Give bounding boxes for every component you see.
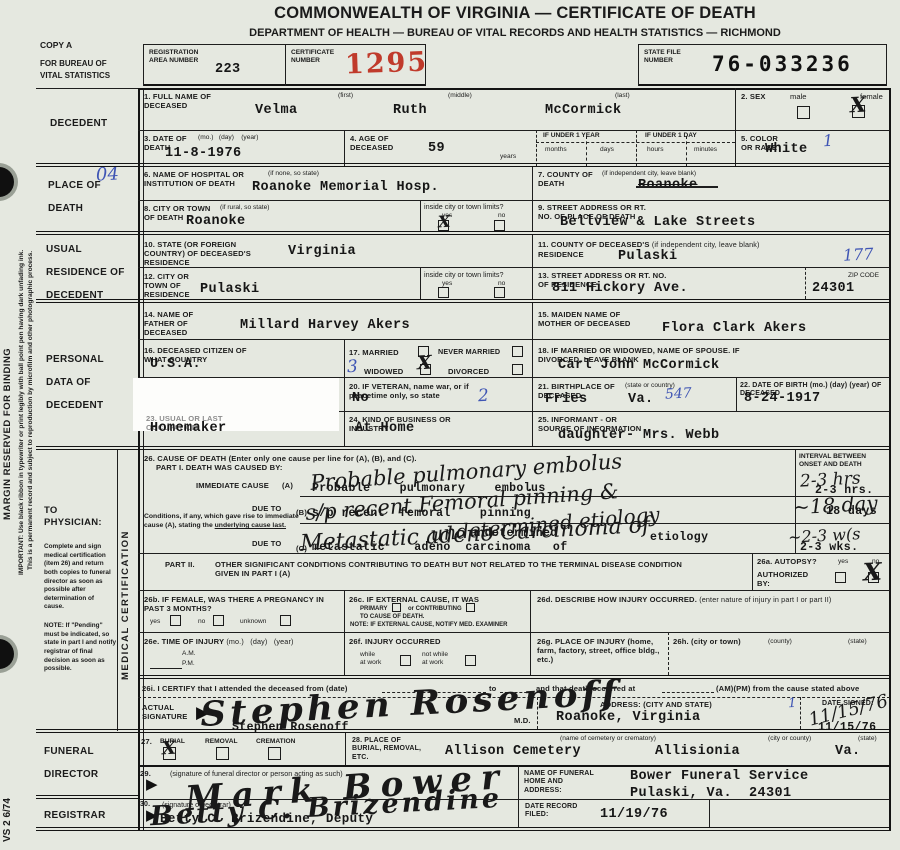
margin-binding-text: MARGIN RESERVED FOR BINDING bbox=[2, 190, 13, 520]
limits-no-label-death: no bbox=[498, 212, 505, 220]
cremation-label: CREMATION bbox=[256, 738, 295, 746]
mother-name-label: 15. MAIDEN NAME OF MOTHER OF DECEASED bbox=[538, 310, 633, 328]
birthplace-state-value: Va. bbox=[628, 392, 654, 407]
date-filed-label: DATE RECORDFILED: bbox=[525, 803, 577, 820]
informant-value: daughter- Mrs. Webb bbox=[558, 428, 720, 443]
minutes-label: minutes bbox=[694, 146, 717, 154]
widowed-label: WIDOWED bbox=[364, 367, 403, 376]
pregnancy-label: 26b. IF FEMALE, WAS THERE A PREGNANCY IN… bbox=[144, 595, 329, 613]
md-label: M.D. bbox=[514, 716, 531, 725]
city-of-death-value: Roanoke bbox=[186, 214, 246, 229]
cremation-checkbox[interactable] bbox=[268, 747, 281, 760]
death-certificate-page: MARGIN RESERVED FOR BINDING IMPORTANT: U… bbox=[0, 0, 900, 850]
date-signed-blue-tick: 1 bbox=[788, 696, 797, 711]
immediate-cause-label: IMMEDIATE CAUSE bbox=[196, 481, 269, 490]
age-label: 4. AGE OF DECEASED bbox=[350, 134, 405, 152]
part2-label: PART II. bbox=[165, 560, 195, 569]
pregnancy-yes-checkbox[interactable] bbox=[170, 615, 181, 626]
removal-label: REMOVAL bbox=[205, 738, 237, 746]
zip-code-value: 24301 bbox=[812, 281, 855, 296]
cemetery-name-value: Allison Cemetery bbox=[445, 744, 581, 759]
funeral-home-label: NAME OF FUNERAL HOME AND ADDRESS: bbox=[524, 770, 602, 795]
physician-address-value: Roanoke, Virginia bbox=[556, 710, 701, 725]
external-primary-checkbox[interactable] bbox=[392, 603, 401, 612]
copy-label: COPY A bbox=[40, 40, 72, 50]
date-of-death-sublabels: (mo.) (day) (year) bbox=[198, 134, 258, 142]
sidebar-medical-certification: MEDICAL CERTIFICATION bbox=[120, 465, 131, 680]
divorced-label: DIVORCED bbox=[448, 367, 489, 376]
autopsy-yes-label: yes bbox=[838, 558, 848, 566]
pregnancy-unknown-label: unknown bbox=[240, 618, 266, 626]
under-1-year-label: IF UNDER 1 YEAR bbox=[543, 132, 600, 140]
zip-code-label: ZIP CODE bbox=[848, 272, 879, 280]
pregnancy-unknown-checkbox[interactable] bbox=[280, 615, 291, 626]
sidebar-pending-note: NOTE: If "Pending" must be indicated, so… bbox=[44, 622, 118, 674]
while-at-work-label: whileat work bbox=[360, 651, 381, 666]
middle-name-value: Ruth bbox=[393, 103, 427, 118]
margin-important-text-1: IMPORTANT: Use black ribbon in typewrite… bbox=[18, 95, 25, 575]
page-subtitle: DEPARTMENT OF HEALTH — BUREAU OF VITAL R… bbox=[140, 27, 890, 39]
autopsy-label: 26a. AUTOPSY? bbox=[757, 557, 817, 566]
limits-no-checkbox-death[interactable] bbox=[494, 220, 505, 231]
state-file-label: STATE FILENUMBER bbox=[644, 49, 681, 64]
certificate-number-stamp: 1295 bbox=[344, 47, 428, 81]
date-signed-typed: 11/15/76 bbox=[818, 721, 876, 734]
external-primary-label: PRIMARY bbox=[360, 606, 387, 613]
sidebar-decedent: DECEDENT bbox=[50, 112, 107, 135]
external-cause-label: 26c. IF EXTERNAL CAUSE, IT WAS bbox=[349, 595, 509, 604]
conditions-note: Conditions, if any, which gave rise to i… bbox=[144, 512, 299, 530]
external-cause-label-2: TO CAUSE OF DEATH. bbox=[360, 614, 424, 621]
actual-signature-label: ACTUAL SIGNATURE bbox=[142, 703, 197, 721]
days-label: days bbox=[600, 146, 614, 154]
veteran-value: No bbox=[352, 391, 369, 406]
birthplace-value: Fries bbox=[545, 392, 588, 407]
injury-occurred-label: 26f. INJURY OCCURRED bbox=[349, 637, 441, 646]
certificate-number-label: CERTIFICATENUMBER bbox=[291, 49, 334, 64]
sidebar-physician-note: Complete and sign medical certification … bbox=[44, 543, 114, 612]
injury-county-label: (county) bbox=[768, 638, 792, 646]
part2-text: OTHER SIGNIFICANT CONDITIONS CONTRIBUTIN… bbox=[215, 560, 705, 578]
interval-b-typed: 18 days bbox=[826, 505, 877, 518]
marital-code-annotation: 3 bbox=[346, 357, 358, 378]
certify-ampm: (AM)(PM) from the cause stated above bbox=[716, 684, 859, 693]
city-of-death-hint: (if rural, so state) bbox=[220, 204, 269, 212]
external-contributing-checkbox[interactable] bbox=[466, 603, 475, 612]
sidebar-to-physician: TO PHYSICIAN: bbox=[44, 505, 106, 530]
while-at-work-checkbox[interactable] bbox=[400, 655, 411, 666]
sidebar-usual-residence: USUAL RESIDENCE OF DECEDENT bbox=[46, 238, 131, 307]
sex-male-label: male bbox=[790, 93, 806, 102]
last-sublabel: (last) bbox=[615, 92, 630, 100]
divorced-checkbox[interactable] bbox=[512, 364, 523, 375]
state-file-number: 76-033236 bbox=[712, 52, 853, 76]
street-of-death-value: Bellview & Lake Streets bbox=[560, 215, 756, 230]
removal-checkbox[interactable] bbox=[216, 747, 229, 760]
registration-area-value: 223 bbox=[215, 62, 241, 77]
widowed-check-mark: X bbox=[416, 352, 432, 375]
never-married-label: NEVER MARRIED bbox=[438, 348, 500, 357]
cause-b3-typed: etiology bbox=[650, 531, 708, 544]
residence-city-label: 12. CITY OR TOWN OF RESIDENCE bbox=[144, 272, 206, 299]
due-to-label-2: DUE TO bbox=[252, 539, 281, 548]
cemetery-state-value: Va. bbox=[835, 744, 861, 759]
page-title: COMMONWEALTH OF VIRGINIA — CERTIFICATE O… bbox=[140, 4, 890, 23]
address-label: ADDRESS: (CITY AND STATE) bbox=[600, 700, 712, 709]
bureau-label: FOR BUREAU OF VITAL STATISTICS bbox=[40, 58, 125, 82]
place-of-injury-label: 26g. PLACE OF INJURY (home, farm, factor… bbox=[537, 637, 665, 664]
full-name-label: 1. FULL NAME OF DECEASED bbox=[144, 92, 222, 110]
injury-state-label: (state) bbox=[848, 638, 867, 646]
date-filed-value: 11/19/76 bbox=[600, 807, 668, 822]
time-of-injury-label: 26e. TIME OF INJURY (mo.) (day) (year) bbox=[144, 637, 344, 647]
injury-city-label: 26h. (city or town) bbox=[673, 637, 741, 646]
first-sublabel: (first) bbox=[338, 92, 353, 100]
hospital-hint: (if none, so state) bbox=[268, 170, 319, 178]
never-married-checkbox[interactable] bbox=[512, 346, 523, 357]
cemetery-name-header: (name of cemetery or crematory) bbox=[560, 735, 656, 743]
date-of-birth-value: 8-24-1917 bbox=[744, 391, 821, 406]
sidebar-funeral-director: FUNERAL DIRECTOR bbox=[44, 740, 114, 786]
registration-area-label: REGISTRATIONAREA NUMBER bbox=[149, 49, 198, 64]
sidebar-personal-data: PERSONAL DATA OF DECEDENT bbox=[46, 348, 126, 417]
funeral-home-name: Bower Funeral Service bbox=[630, 769, 809, 784]
cemetery-state-header: (state) bbox=[858, 735, 877, 743]
age-value: 59 bbox=[428, 141, 445, 156]
spouse-value: Carl John McCormick bbox=[558, 358, 720, 373]
form-number: VS 2 6/74 bbox=[2, 782, 13, 842]
father-name-value: Millard Harvey Akers bbox=[240, 318, 410, 333]
not-while-at-work-label: not whileat work bbox=[422, 651, 448, 666]
cemetery-city-header: (city or county) bbox=[768, 735, 811, 743]
autopsy-no-check-mark: X bbox=[862, 557, 882, 587]
county-of-death-label: 7. COUNTY OF DEATH bbox=[538, 170, 598, 188]
pregnancy-yes-label: yes bbox=[150, 618, 160, 626]
months-label: months bbox=[545, 146, 567, 154]
funeral-home-address: Pulaski, Va. 24301 bbox=[630, 786, 792, 801]
autopsy-authorized-label: AUTHORIZED BY: bbox=[757, 570, 817, 588]
registrar-name-typed: Betty C. Brizendine, Deputy bbox=[160, 812, 373, 826]
first-name-value: Velma bbox=[255, 103, 298, 118]
county-of-death-hint: (if independent city, leave blank) bbox=[602, 170, 696, 178]
sidebar-registrar: REGISTRAR bbox=[44, 804, 106, 827]
color-race-code-annotation: 1 bbox=[823, 131, 834, 151]
how-injury-label: 26d. DESCRIBE HOW INJURY OCCURRED. (ente… bbox=[537, 595, 887, 605]
age-unit-label: years bbox=[500, 153, 516, 161]
pm-label: P.M. bbox=[182, 660, 195, 668]
veteran-code-annotation: 2 bbox=[477, 386, 489, 407]
autopsy-yes-checkbox[interactable] bbox=[835, 572, 846, 583]
item27-number: 27. bbox=[141, 737, 152, 746]
physician-name-typed: Stephen Rosenoff bbox=[232, 721, 349, 734]
burial-check-mark: X bbox=[161, 738, 176, 760]
limits-question-residence: inside city or town limits? bbox=[424, 271, 504, 279]
under-1-day-label: IF UNDER 1 DAY bbox=[645, 132, 697, 140]
pregnancy-no-checkbox[interactable] bbox=[213, 615, 224, 626]
date-of-death-value: 11-8-1976 bbox=[165, 146, 242, 161]
pregnancy-no-label: no bbox=[198, 618, 205, 626]
mother-name-value: Flora Clark Akers bbox=[662, 321, 807, 336]
sex-female-check-mark: X bbox=[849, 92, 867, 118]
interval-c-typed: 2-3 wks. bbox=[800, 541, 858, 554]
hospital-value: Roanoke Memorial Hosp. bbox=[252, 180, 439, 195]
business-value: At Home bbox=[355, 421, 415, 436]
color-race-value: White bbox=[765, 142, 808, 157]
limits-question-death: inside city or town limits? bbox=[424, 203, 504, 211]
citizen-value: U.S.A. bbox=[150, 357, 201, 372]
interval-header: INTERVAL BETWEEN ONSET AND DEATH bbox=[799, 453, 884, 468]
am-label: A.M. bbox=[182, 650, 196, 658]
hours-label: hours bbox=[647, 146, 664, 154]
middle-sublabel: (middle) bbox=[448, 92, 472, 100]
sex-male-checkbox[interactable] bbox=[797, 106, 810, 119]
external-cause-note: NOTE: IF EXTERNAL CAUSE, NOTIFY MED. EXA… bbox=[350, 622, 507, 629]
veteran-label: 20. IF VETERAN, name war, or if peacetim… bbox=[349, 382, 484, 400]
external-contributing-label: or CONTRIBUTING bbox=[408, 606, 462, 613]
margin-important-text-2: This is a permanent record and subject t… bbox=[27, 110, 34, 570]
limits-yes-check-mark: X bbox=[438, 212, 451, 232]
hole-punch-bottom bbox=[0, 639, 14, 669]
residence-county-value: Pulaski bbox=[618, 249, 678, 264]
residence-street-value: 811 Hickory Ave. bbox=[552, 281, 688, 296]
cemetery-city-value: Allisionia bbox=[655, 744, 740, 759]
hospital-label: 6. NAME OF HOSPITAL OR INSTITUTION OF DE… bbox=[144, 170, 262, 188]
sex-label: 2. SEX bbox=[741, 92, 766, 101]
father-name-label: 14. NAME OF FATHER OF DECEASED bbox=[144, 310, 216, 337]
birthplace-code-annotation: 547 bbox=[665, 385, 693, 402]
limits-no-checkbox-residence[interactable] bbox=[494, 287, 505, 298]
residence-city-value: Pulaski bbox=[200, 282, 260, 297]
part1-label: PART I. DEATH WAS CAUSED BY: bbox=[156, 463, 283, 472]
limits-yes-checkbox-residence[interactable] bbox=[438, 287, 449, 298]
immediate-cause-a: (A) bbox=[282, 481, 293, 490]
occupation-value: Homemaker bbox=[150, 421, 227, 436]
residence-county-code-annotation: 177 bbox=[843, 244, 874, 265]
residence-state-value: Virginia bbox=[288, 244, 356, 259]
funeral-director-arrow-icon: ▶ bbox=[146, 775, 158, 793]
not-while-at-work-checkbox[interactable] bbox=[465, 655, 476, 666]
last-name-value: McCormick bbox=[545, 103, 622, 118]
place-of-burial-label: 28. PLACE OF BURIAL, REMOVAL, ETC. bbox=[352, 737, 422, 762]
residence-state-label: 10. STATE (OR FOREIGN COUNTRY) OF DECEAS… bbox=[144, 240, 279, 267]
